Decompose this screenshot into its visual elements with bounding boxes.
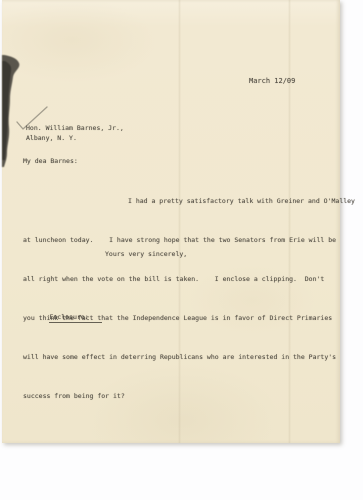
- signoff: Yours very sincerely,: [105, 250, 187, 258]
- body-line: all right when the vote on the bill is t…: [23, 273, 355, 286]
- body-line: success from being for it?: [23, 390, 355, 403]
- enclosure-text: Enclosure:: [49, 313, 101, 323]
- letter-date: March 12/09: [249, 77, 295, 85]
- scan-background: March 12/09 Hon. William Barnes, Jr., Al…: [0, 0, 363, 500]
- letter-paper: March 12/09 Hon. William Barnes, Jr., Al…: [2, 0, 340, 443]
- body-line: I had a pretty satisfactory talk with Gr…: [23, 195, 355, 208]
- letter-body: I had a pretty satisfactory talk with Gr…: [23, 169, 355, 429]
- salutation: My dea Barnes:: [23, 157, 78, 165]
- recipient-name: Hon. William Barnes, Jr.,: [26, 124, 124, 132]
- recipient-city: Albany, N. Y.: [26, 134, 77, 142]
- enclosure-label: Enclosure:: [26, 305, 102, 331]
- body-line: will have some effect in deterring Repub…: [23, 351, 355, 364]
- body-line: at luncheon today. I have strong hope th…: [23, 234, 355, 247]
